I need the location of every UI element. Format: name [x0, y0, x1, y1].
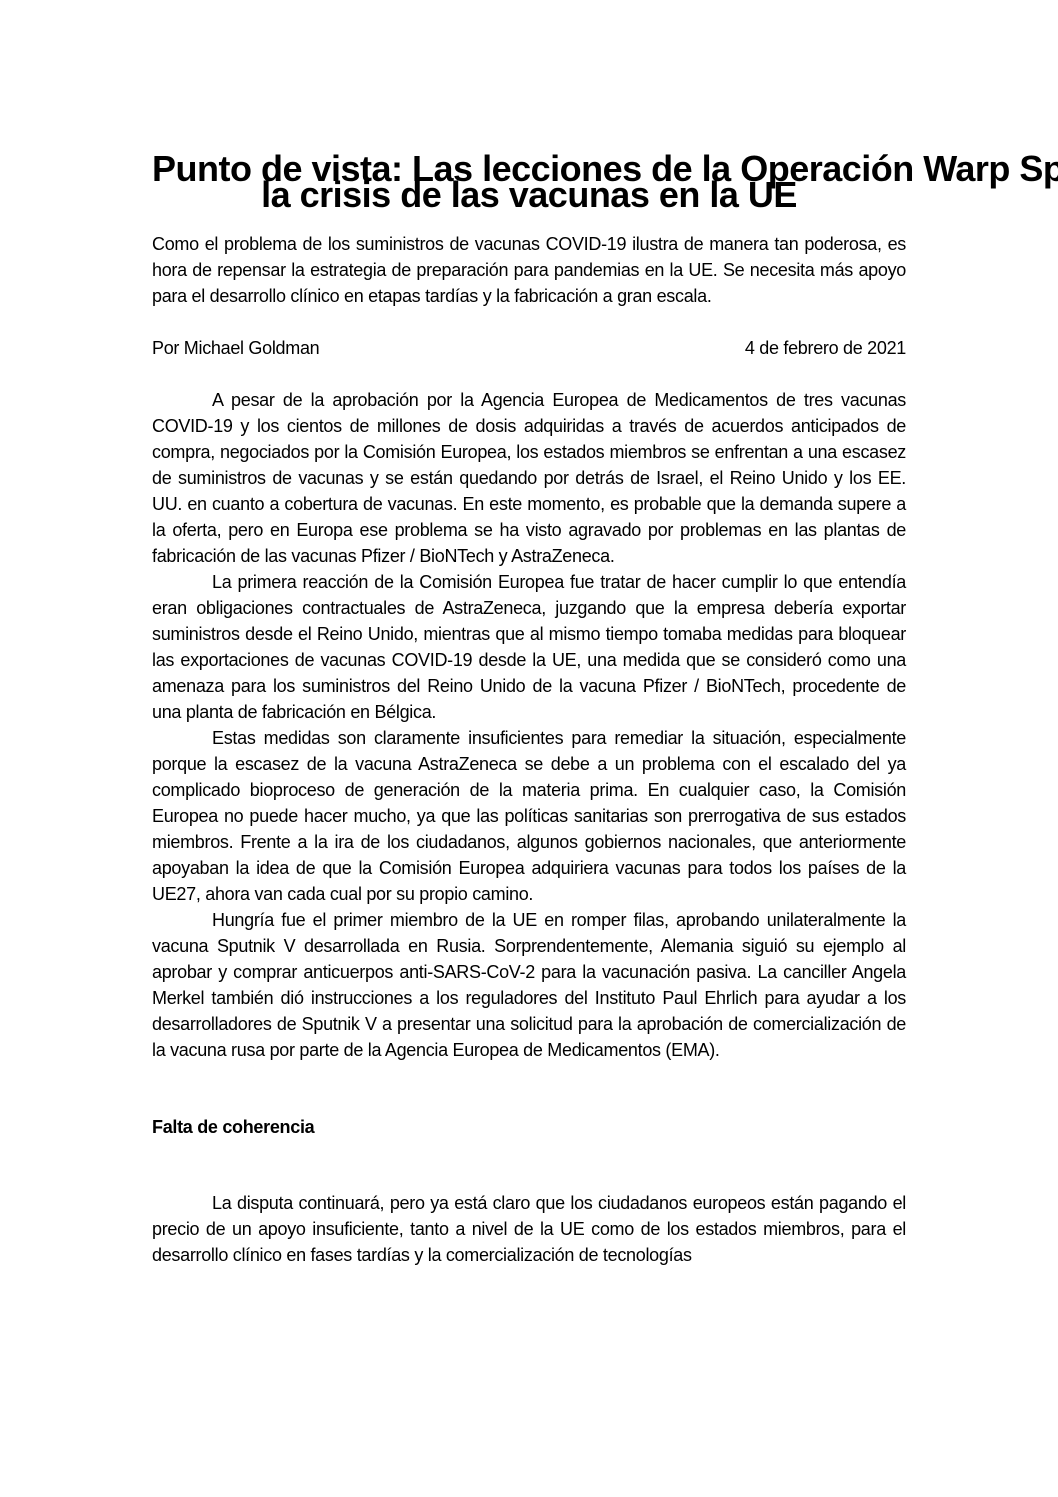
body-paragraph-1: A pesar de la aprobación por la Agencia … — [152, 387, 906, 569]
body-paragraph-2: La primera reacción de la Comisión Europ… — [152, 569, 906, 725]
lead-paragraph: Como el problema de los suministros de v… — [152, 231, 906, 309]
document-content: Punto de vista: Las lecciones de la Oper… — [152, 0, 906, 1268]
section-heading: Falta de coherencia — [152, 1114, 906, 1140]
body-paragraph-4: Hungría fue el primer miembro de la UE e… — [152, 907, 906, 1063]
body-paragraph-3: Estas medidas son claramente insuficient… — [152, 725, 906, 907]
byline-author: Por Michael Goldman — [152, 335, 319, 361]
document-page: Punto de vista: Las lecciones de la Oper… — [0, 0, 1058, 1497]
byline-date: 4 de febrero de 2021 — [745, 335, 906, 361]
byline: Por Michael Goldman 4 de febrero de 2021 — [152, 335, 906, 361]
closing-paragraph: La disputa continuará, pero ya está clar… — [152, 1190, 906, 1268]
page-title: Punto de vista: Las lecciones de la Oper… — [152, 156, 906, 208]
page-title-line-2: la crisis de las vacunas en la UE — [152, 182, 906, 208]
